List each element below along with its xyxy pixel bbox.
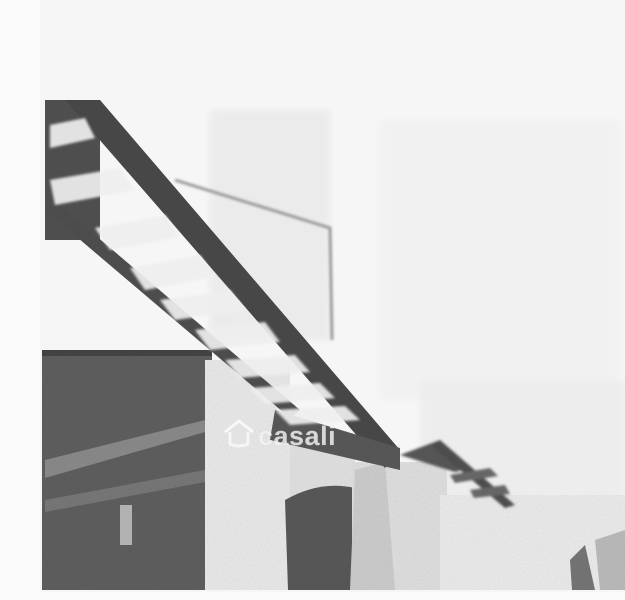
staircase-photo [0,0,625,600]
stone-wall [42,350,212,590]
